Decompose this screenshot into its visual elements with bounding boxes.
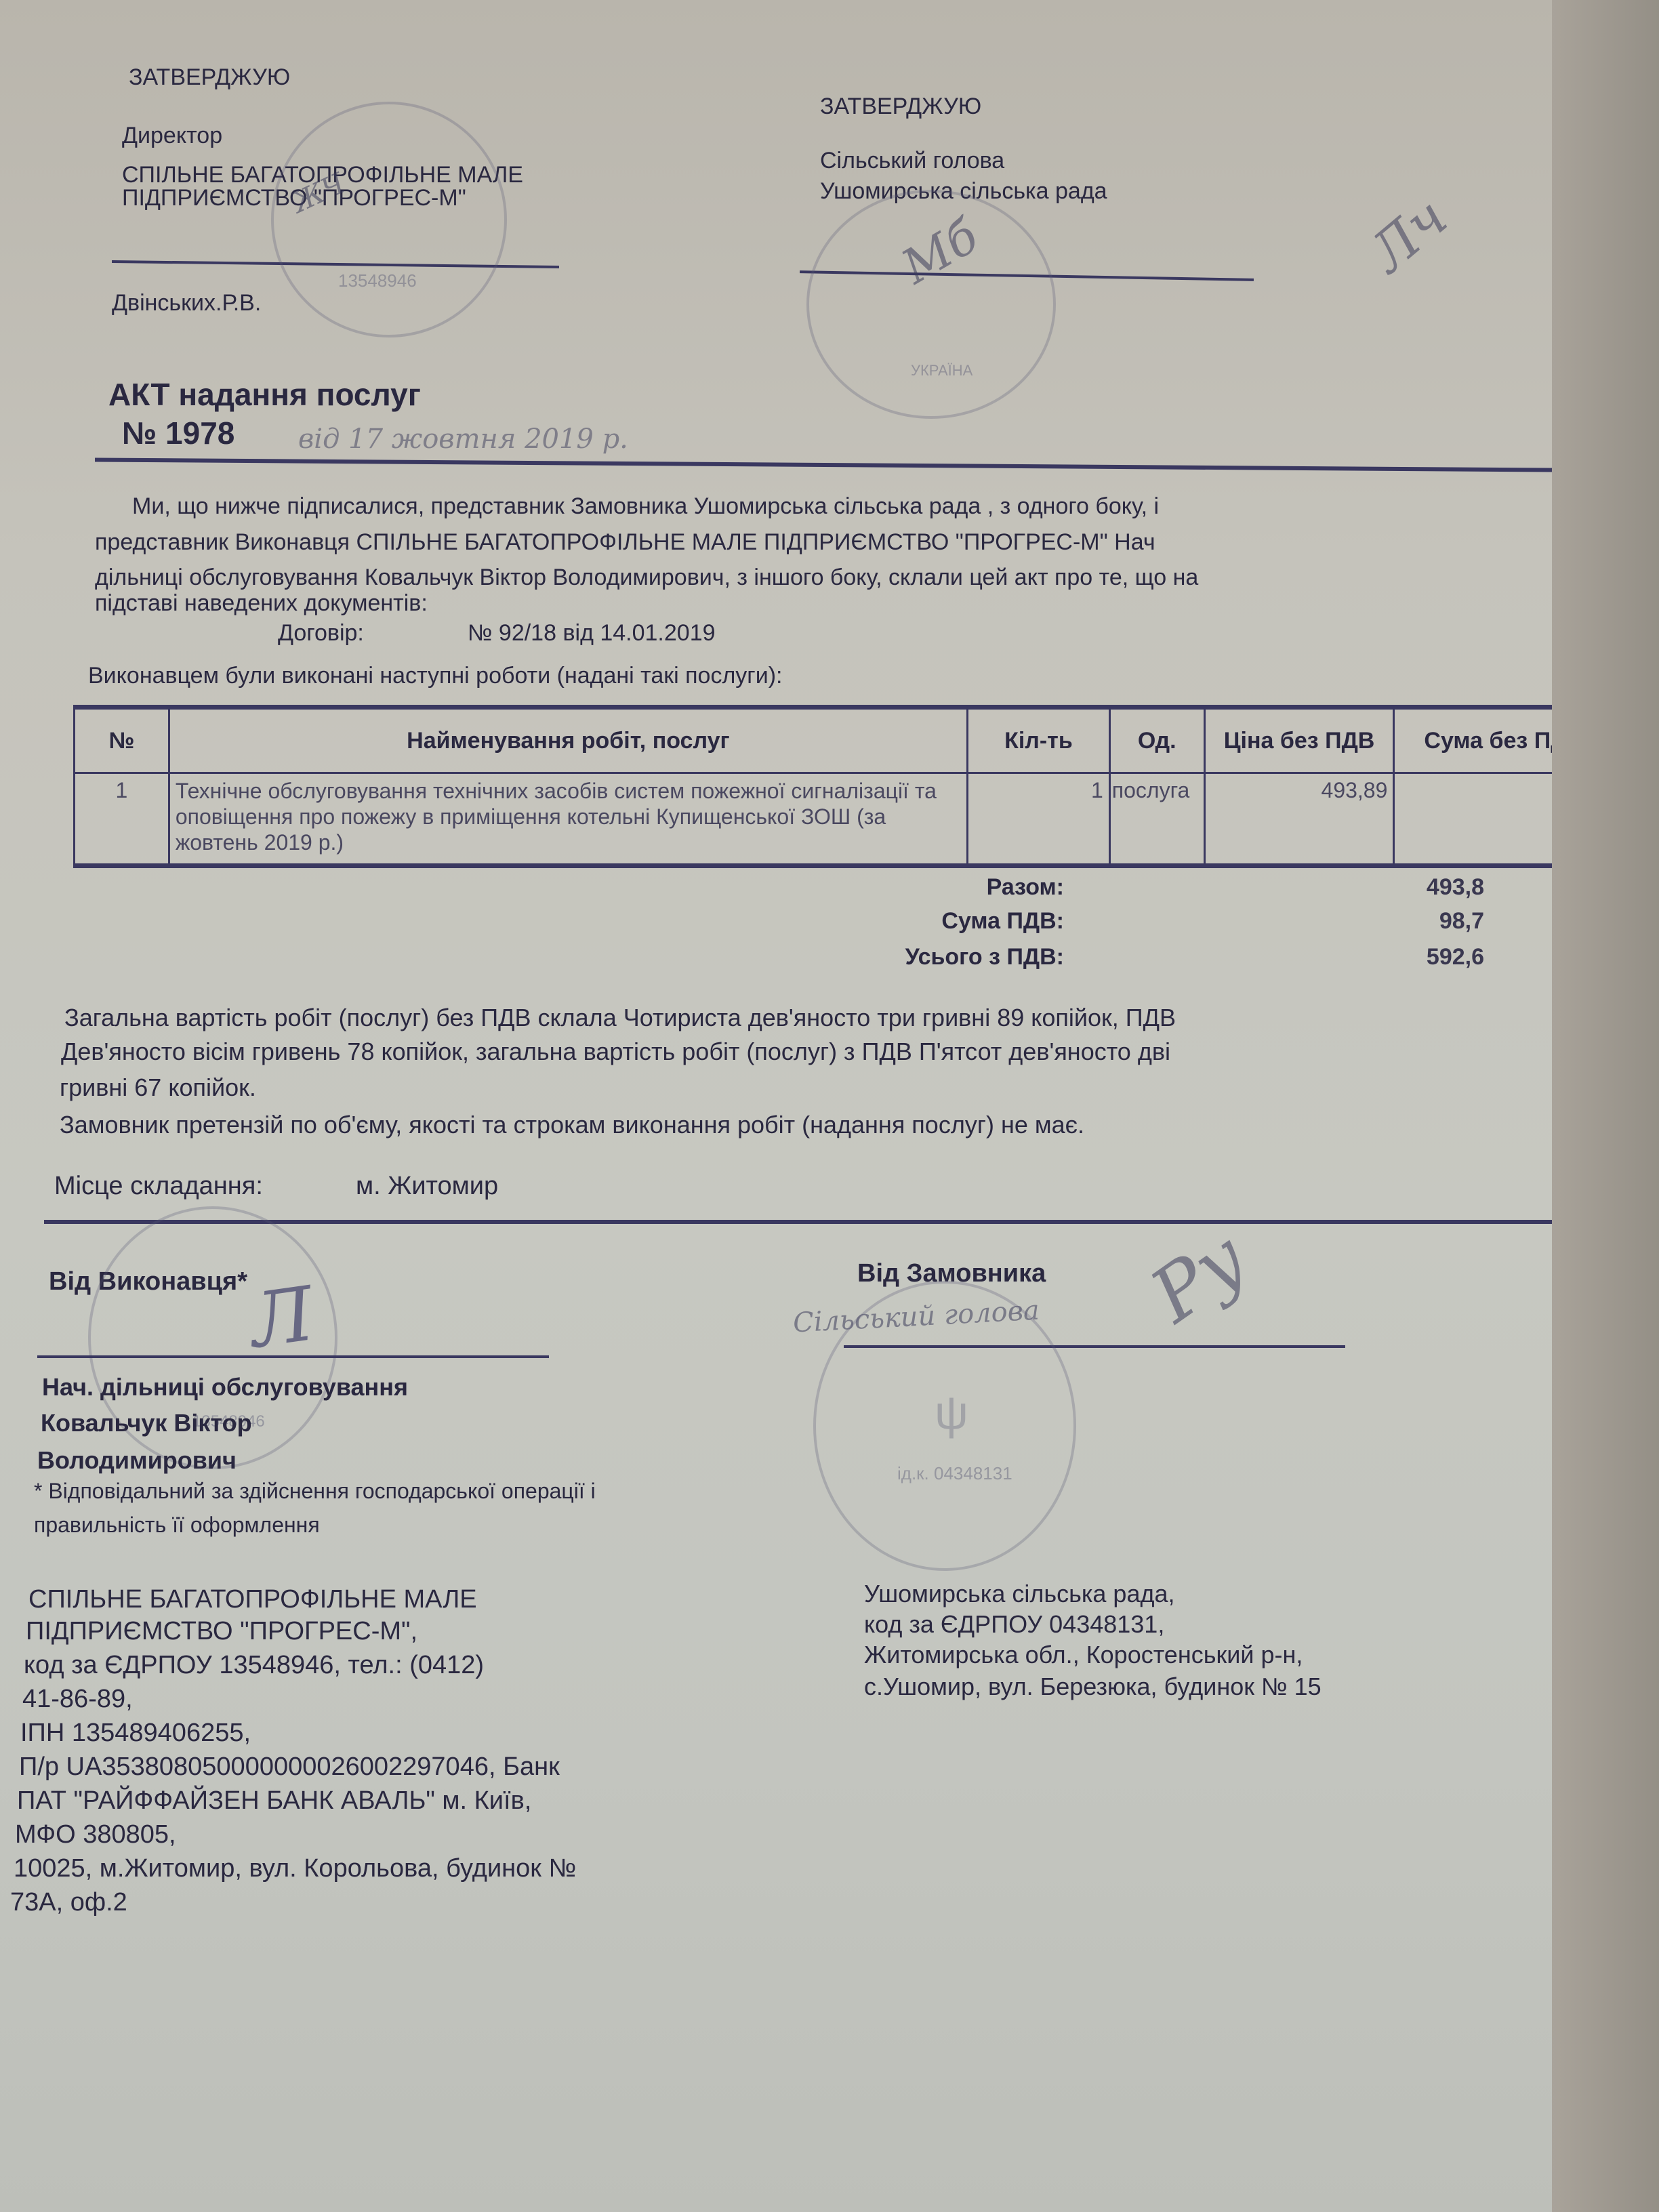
executor-address: 10025, м.Житомир, вул. Корольова, будино… bbox=[14, 1853, 576, 1883]
executor-detail-line: код за ЄДРПОУ 13548946, тел.: (0412) bbox=[24, 1650, 484, 1680]
executor-detail-line: 41-86-89, bbox=[22, 1684, 133, 1714]
approval-right-position: Сільський голова bbox=[820, 146, 1004, 176]
trident-emblem-icon: ψ bbox=[935, 1385, 968, 1439]
col-number: № bbox=[75, 708, 169, 773]
subtotal-value: 493,8 bbox=[1349, 874, 1484, 901]
approval-left-signatory: Двінських.Р.В. bbox=[112, 288, 261, 318]
subtotal-label: Разом: bbox=[725, 874, 1064, 901]
row-number: 1 bbox=[75, 773, 169, 866]
row-price: 493,89 bbox=[1204, 773, 1394, 866]
customer-signature: Ру bbox=[1136, 1214, 1262, 1339]
executor-note-line1: * Відповідальний за здійснення господарс… bbox=[34, 1476, 596, 1506]
claims-statement: Замовник претензій по об'єму, якості та … bbox=[60, 1110, 1084, 1140]
stamp-code: 13548946 bbox=[338, 270, 417, 291]
intro-line4: підставі наведених документів: bbox=[95, 588, 428, 618]
document-page: ЗАТВЕРДЖУЮ Директор СПІЛЬНЕ БАГАТОПРОФІЛ… bbox=[0, 0, 1552, 2212]
row-name: Технічне обслуговування технічних засобі… bbox=[169, 773, 967, 866]
table-row: 1 Технічне обслуговування технічних засо… bbox=[75, 773, 1614, 866]
summary-line2: Дев'яносто вісім гривень 78 копійок, заг… bbox=[61, 1037, 1170, 1067]
executor-detail-line: СПІЛЬНЕ БАГАТОПРОФІЛЬНЕ МАЛЕ bbox=[28, 1584, 477, 1614]
vat-value: 98,7 bbox=[1349, 908, 1484, 935]
executor-detail-line: ПІДПРИЄМСТВО "ПРОГРЕС-М", bbox=[26, 1616, 417, 1646]
col-qty: Кіл-ть bbox=[968, 708, 1110, 773]
table-header-row: № Найменування робіт, послуг Кіл-ть Од. … bbox=[75, 708, 1614, 773]
contract-label: Договір: bbox=[278, 618, 364, 648]
act-number: № 1978 bbox=[122, 415, 234, 451]
total-value: 592,6 bbox=[1349, 944, 1484, 970]
summary-line3: гривні 67 копійок. bbox=[60, 1073, 256, 1103]
works-table: № Найменування робіт, послуг Кіл-ть Од. … bbox=[73, 705, 1615, 868]
executor-detail-line: ІПН 135489406255, bbox=[20, 1718, 251, 1748]
intro-line1: Ми, що нижче підписалися, представник За… bbox=[132, 491, 1159, 521]
place-label: Місце складання: bbox=[54, 1171, 263, 1201]
customer-detail-line: код за ЄДРПОУ 04348131, bbox=[864, 1610, 1164, 1639]
row-qty: 1 bbox=[968, 773, 1110, 866]
approval-right-mark: Лч bbox=[1358, 185, 1459, 284]
executor-signature: Л bbox=[245, 1270, 319, 1365]
executor-name-line1: Ковальчук Віктор bbox=[41, 1408, 252, 1438]
executor-address-office: 73А, оф.2 bbox=[10, 1887, 127, 1917]
place-value: м. Житомир bbox=[356, 1171, 498, 1201]
customer-stamp: ψ ід.к. 04348131 bbox=[813, 1281, 1076, 1571]
approval-left-position: Директор bbox=[122, 121, 222, 150]
executor-bank: ПАТ "РАЙФФАЙЗЕН БАНК АВАЛЬ" м. Київ, bbox=[17, 1786, 531, 1816]
total-label: Усього з ПДВ: bbox=[725, 944, 1064, 970]
stamp-country: УКРАЇНА bbox=[911, 362, 972, 380]
customer-detail-line: Ушомирська сільська рада, bbox=[864, 1579, 1175, 1609]
executor-signature-line bbox=[37, 1355, 549, 1358]
vat-label: Сума ПДВ: bbox=[725, 908, 1064, 935]
customer-detail-line: Житомирська обл., Коростенський р-н, bbox=[864, 1640, 1303, 1670]
contract-value: № 92/18 від 14.01.2019 bbox=[468, 618, 716, 648]
intro-line2: представник Виконавця СПІЛЬНЕ БАГАТОПРОФ… bbox=[95, 527, 1155, 557]
executor-iban: П/р UA353808050000000026002297046, Банк bbox=[19, 1752, 560, 1782]
summary-line1: Загальна вартість робіт (послуг) без ПДВ… bbox=[64, 1003, 1176, 1033]
row-unit: послуга bbox=[1109, 773, 1204, 866]
executor-note-line2: правильність її оформлення bbox=[34, 1510, 320, 1540]
customer-stamp-code: ід.к. 04348131 bbox=[897, 1463, 1012, 1484]
act-handwritten-date: від 17 жовтня 2019 р. bbox=[298, 424, 628, 455]
col-unit: Од. bbox=[1109, 708, 1204, 773]
executor-name-line2: Володимирович bbox=[37, 1446, 237, 1475]
executor-position: Нач. дільниці обслуговування bbox=[42, 1372, 408, 1402]
col-price: Ціна без ПДВ bbox=[1204, 708, 1394, 773]
act-title: АКТ надання послуг bbox=[108, 376, 421, 413]
works-intro: Виконавцем були виконані наступні роботи… bbox=[88, 661, 782, 691]
background-surface bbox=[1552, 0, 1659, 2212]
title-divider bbox=[95, 457, 1552, 472]
executor-detail-line: МФО 380805, bbox=[15, 1820, 176, 1849]
approval-left-heading: ЗАТВЕРДЖУЮ bbox=[129, 62, 290, 92]
customer-address: с.Ушомир, вул. Березюка, будинок № 15 bbox=[864, 1672, 1322, 1702]
col-name: Найменування робіт, послуг bbox=[169, 708, 967, 773]
approval-right-heading: ЗАТВЕРДЖУЮ bbox=[820, 91, 981, 121]
company-stamp-top: 13548946 bbox=[271, 102, 507, 337]
